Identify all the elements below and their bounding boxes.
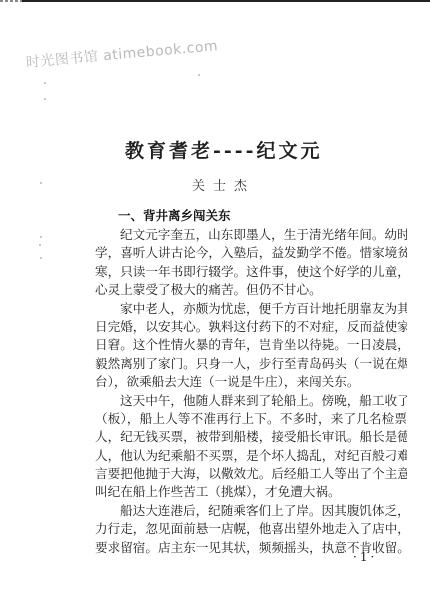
scan-speck	[44, 82, 46, 84]
watermark: 时光图书馆 atimebook.com	[25, 35, 219, 72]
article-author: 关士杰	[192, 175, 255, 194]
text-line: 日窘。这个性情火暴的青年，岂肯坐以待毙。一日凌晨，他	[95, 336, 407, 354]
text-line: 家中老人，亦颇为忧虑，便千方百计地托朋靠友为其早	[95, 300, 407, 318]
text-line: 言要把他抛于大海，以儆效尤。后经船工人等出了个主意，	[95, 465, 407, 483]
text-line: 这天中午，他随人群来到了轮船上。傍晚，船工收了跳	[95, 392, 407, 410]
text-line: 人，他认为纪乘船不买票，是个坏人捣乱，对纪百般刁难，扬	[95, 447, 407, 465]
body-text: 纪文元字奎五，山东即墨人，生于清光绪年间。幼时好 学，喜听人讲古论今，入塾后，益…	[95, 226, 407, 557]
article-title: 教育耆老----纪文元	[125, 136, 323, 163]
section-heading: 一、背井离乡闯关东	[118, 206, 231, 224]
scan-speck	[39, 244, 41, 246]
text-line: 学，喜听人讲古论今，入塾后，益发勤学不倦。惜家境贫	[95, 244, 407, 262]
text-line: 毅然离别了家门。只身一人，步行至青岛码头（一说在烟	[95, 355, 407, 373]
scan-speck	[44, 98, 46, 100]
text-line: 纪文元字奎五，山东即墨人，生于清光绪年间。幼时好	[95, 226, 407, 244]
text-line: 船达大连港后，纪随乘客们上了岸。因其腹饥体乏，无	[95, 502, 407, 520]
text-line: 台），欲乘船去大连（一说是牛庄），来闯关东。	[95, 373, 407, 391]
text-line: （板），船上人等不准再行上下。不多时，来了几名检票	[95, 410, 407, 428]
text-line: 叫纪在船上作些苦工（挑煤），才免遭大祸。	[95, 483, 407, 501]
scan-speck	[40, 182, 42, 184]
text-line: 力行走，忽见面前悬一店幌，他喜出望外地走入了店中，	[95, 520, 407, 538]
scan-speck	[40, 257, 42, 259]
text-line: 人，纪无钱买票，被带到船楼，接受船长审讯。船长是德国	[95, 428, 407, 446]
text-line: 日完婚，以安其心。孰料这付药下的不对症，反而益使家计	[95, 318, 407, 336]
scan-edge-dashes	[0, 0, 22, 2]
scan-speck	[40, 236, 42, 238]
scan-speck	[198, 74, 200, 76]
page-number: ·1·	[353, 550, 377, 564]
scan-top-border	[22, 0, 430, 2]
text-line: 寒，只读一年书即行辍学。这件事，使这个好学的儿童，在	[95, 263, 407, 281]
text-line: 心灵上蒙受了极大的痛苦。但仍不甘心。	[95, 281, 407, 299]
